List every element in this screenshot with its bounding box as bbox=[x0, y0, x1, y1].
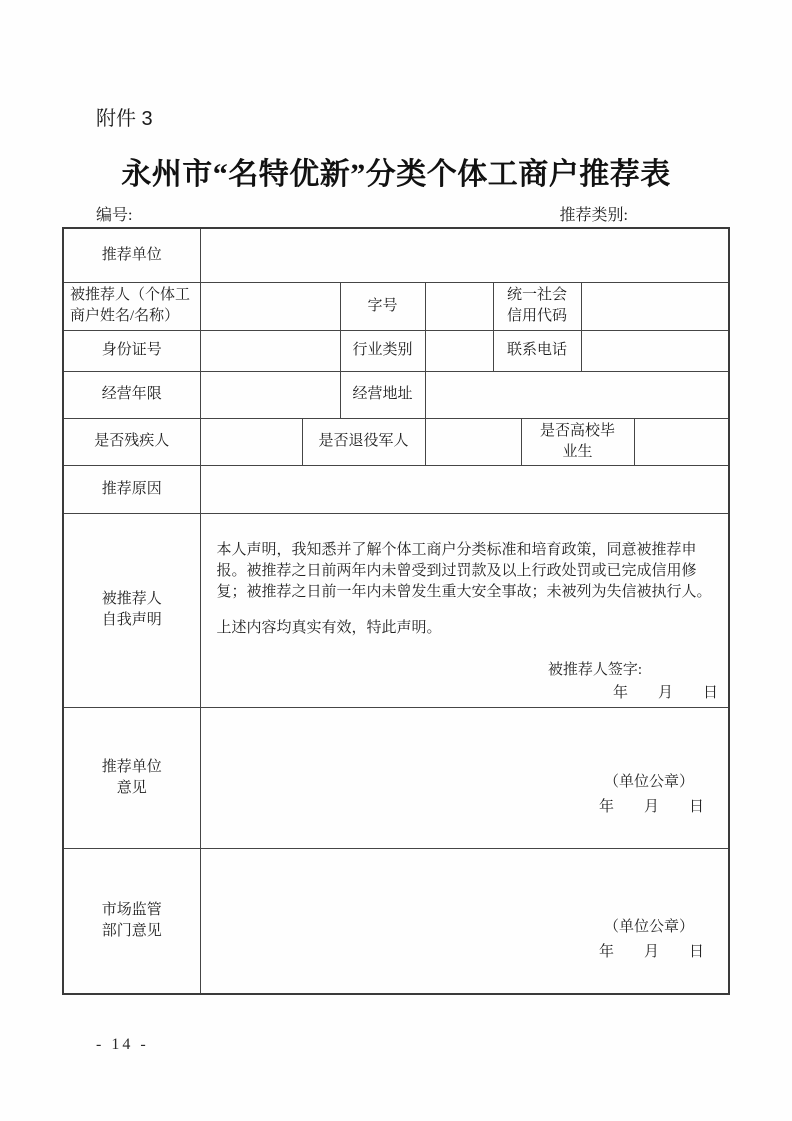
is-graduate-value-cell bbox=[634, 418, 729, 465]
recommending-unit-label: 推荐单位 bbox=[63, 228, 200, 282]
id-number-value-cell bbox=[200, 330, 340, 371]
row-unit-opinion: 推荐单位 意见 （单位公章） 年 月 日 bbox=[63, 707, 729, 848]
unit-opinion-content-cell: （单位公章） 年 月 日 bbox=[200, 707, 729, 848]
serial-label: 编号: bbox=[96, 202, 132, 225]
is-veteran-value-cell bbox=[425, 418, 521, 465]
id-number-label: 身份证号 bbox=[63, 330, 200, 371]
business-years-value-cell bbox=[200, 371, 340, 418]
reason-value-cell bbox=[200, 465, 729, 513]
page-number: - 14 - bbox=[96, 1036, 149, 1054]
market-opinion-stamp-block: （单位公章） 年 月 日 bbox=[201, 849, 729, 965]
is-graduate-label: 是否高校毕 业生 bbox=[521, 418, 634, 465]
self-declaration-content-cell: 本人声明，我知悉并了解个体工商户分类标准和培育政策，同意被推荐申报。被推荐之日前… bbox=[200, 513, 729, 707]
phone-value-cell bbox=[581, 330, 729, 371]
row-self-declaration: 被推荐人 自我声明 本人声明，我知悉并了解个体工商户分类标准和培育政策，同意被推… bbox=[63, 513, 729, 707]
unit-opinion-stamp-block: （单位公章） 年 月 日 bbox=[201, 708, 729, 820]
row-market-opinion: 市场监管 部门意见 （单位公章） 年 月 日 bbox=[63, 848, 729, 994]
row-special-status: 是否残疾人 是否退役军人 是否高校毕 业生 bbox=[63, 418, 729, 465]
shop-name-value-cell bbox=[425, 282, 493, 330]
industry-label: 行业类别 bbox=[340, 330, 425, 371]
market-opinion-content-cell: （单位公章） 年 月 日 bbox=[200, 848, 729, 994]
attachment-label: 附件 3 bbox=[96, 102, 153, 131]
is-disabled-label: 是否残疾人 bbox=[63, 418, 200, 465]
page-title: 永州市“名特优新”分类个体工商户推荐表 bbox=[0, 149, 792, 193]
business-address-value-cell bbox=[425, 371, 729, 418]
row-reason: 推荐原因 bbox=[63, 465, 729, 513]
signature-label: 被推荐人签字: bbox=[217, 660, 721, 680]
recommendation-form-table: 推荐单位 被推荐人（个体工 商户姓名/名称） 字号 统一社会 信用代码 身份证号… bbox=[62, 227, 730, 995]
business-years-label: 经营年限 bbox=[63, 371, 200, 418]
declaration-paragraph-1: 本人声明，我知悉并了解个体工商户分类标准和培育政策，同意被推荐申报。被推荐之日前… bbox=[217, 540, 721, 603]
market-stamp-label: （单位公章） bbox=[201, 915, 705, 940]
reason-label: 推荐原因 bbox=[63, 465, 200, 513]
unit-opinion-label: 推荐单位 意见 bbox=[63, 707, 200, 848]
phone-label: 联系电话 bbox=[493, 330, 581, 371]
business-address-label: 经营地址 bbox=[340, 371, 425, 418]
credit-code-value-cell bbox=[581, 282, 729, 330]
self-declaration-label: 被推荐人 自我声明 bbox=[63, 513, 200, 707]
signature-date-line: 年 月 日 bbox=[217, 683, 721, 703]
unit-stamp-label: （单位公章） bbox=[201, 770, 705, 795]
category-label: 推荐类别: bbox=[560, 202, 628, 225]
document-page: 附件 3 永州市“名特优新”分类个体工商户推荐表 编号: 推荐类别: 推荐单位 … bbox=[0, 0, 792, 1121]
row-id-number: 身份证号 行业类别 联系电话 bbox=[63, 330, 729, 371]
market-stamp-date-line: 年 月 日 bbox=[201, 940, 705, 965]
row-business-years: 经营年限 经营地址 bbox=[63, 371, 729, 418]
recommended-person-value-cell bbox=[200, 282, 340, 330]
is-veteran-label: 是否退役军人 bbox=[302, 418, 425, 465]
recommended-person-label: 被推荐人（个体工 商户姓名/名称） bbox=[63, 282, 200, 330]
industry-value-cell bbox=[425, 330, 493, 371]
credit-code-label: 统一社会 信用代码 bbox=[493, 282, 581, 330]
shop-name-label: 字号 bbox=[340, 282, 425, 330]
meta-row: 编号: 推荐类别: bbox=[62, 202, 728, 225]
unit-stamp-date-line: 年 月 日 bbox=[201, 795, 705, 820]
is-disabled-value-cell bbox=[200, 418, 302, 465]
declaration-paragraph-2: 上述内容均真实有效，特此声明。 bbox=[217, 618, 721, 639]
row-recommending-unit: 推荐单位 bbox=[63, 228, 729, 282]
recommending-unit-value-cell bbox=[200, 228, 729, 282]
market-opinion-label: 市场监管 部门意见 bbox=[63, 848, 200, 994]
row-recommended-person: 被推荐人（个体工 商户姓名/名称） 字号 统一社会 信用代码 bbox=[63, 282, 729, 330]
